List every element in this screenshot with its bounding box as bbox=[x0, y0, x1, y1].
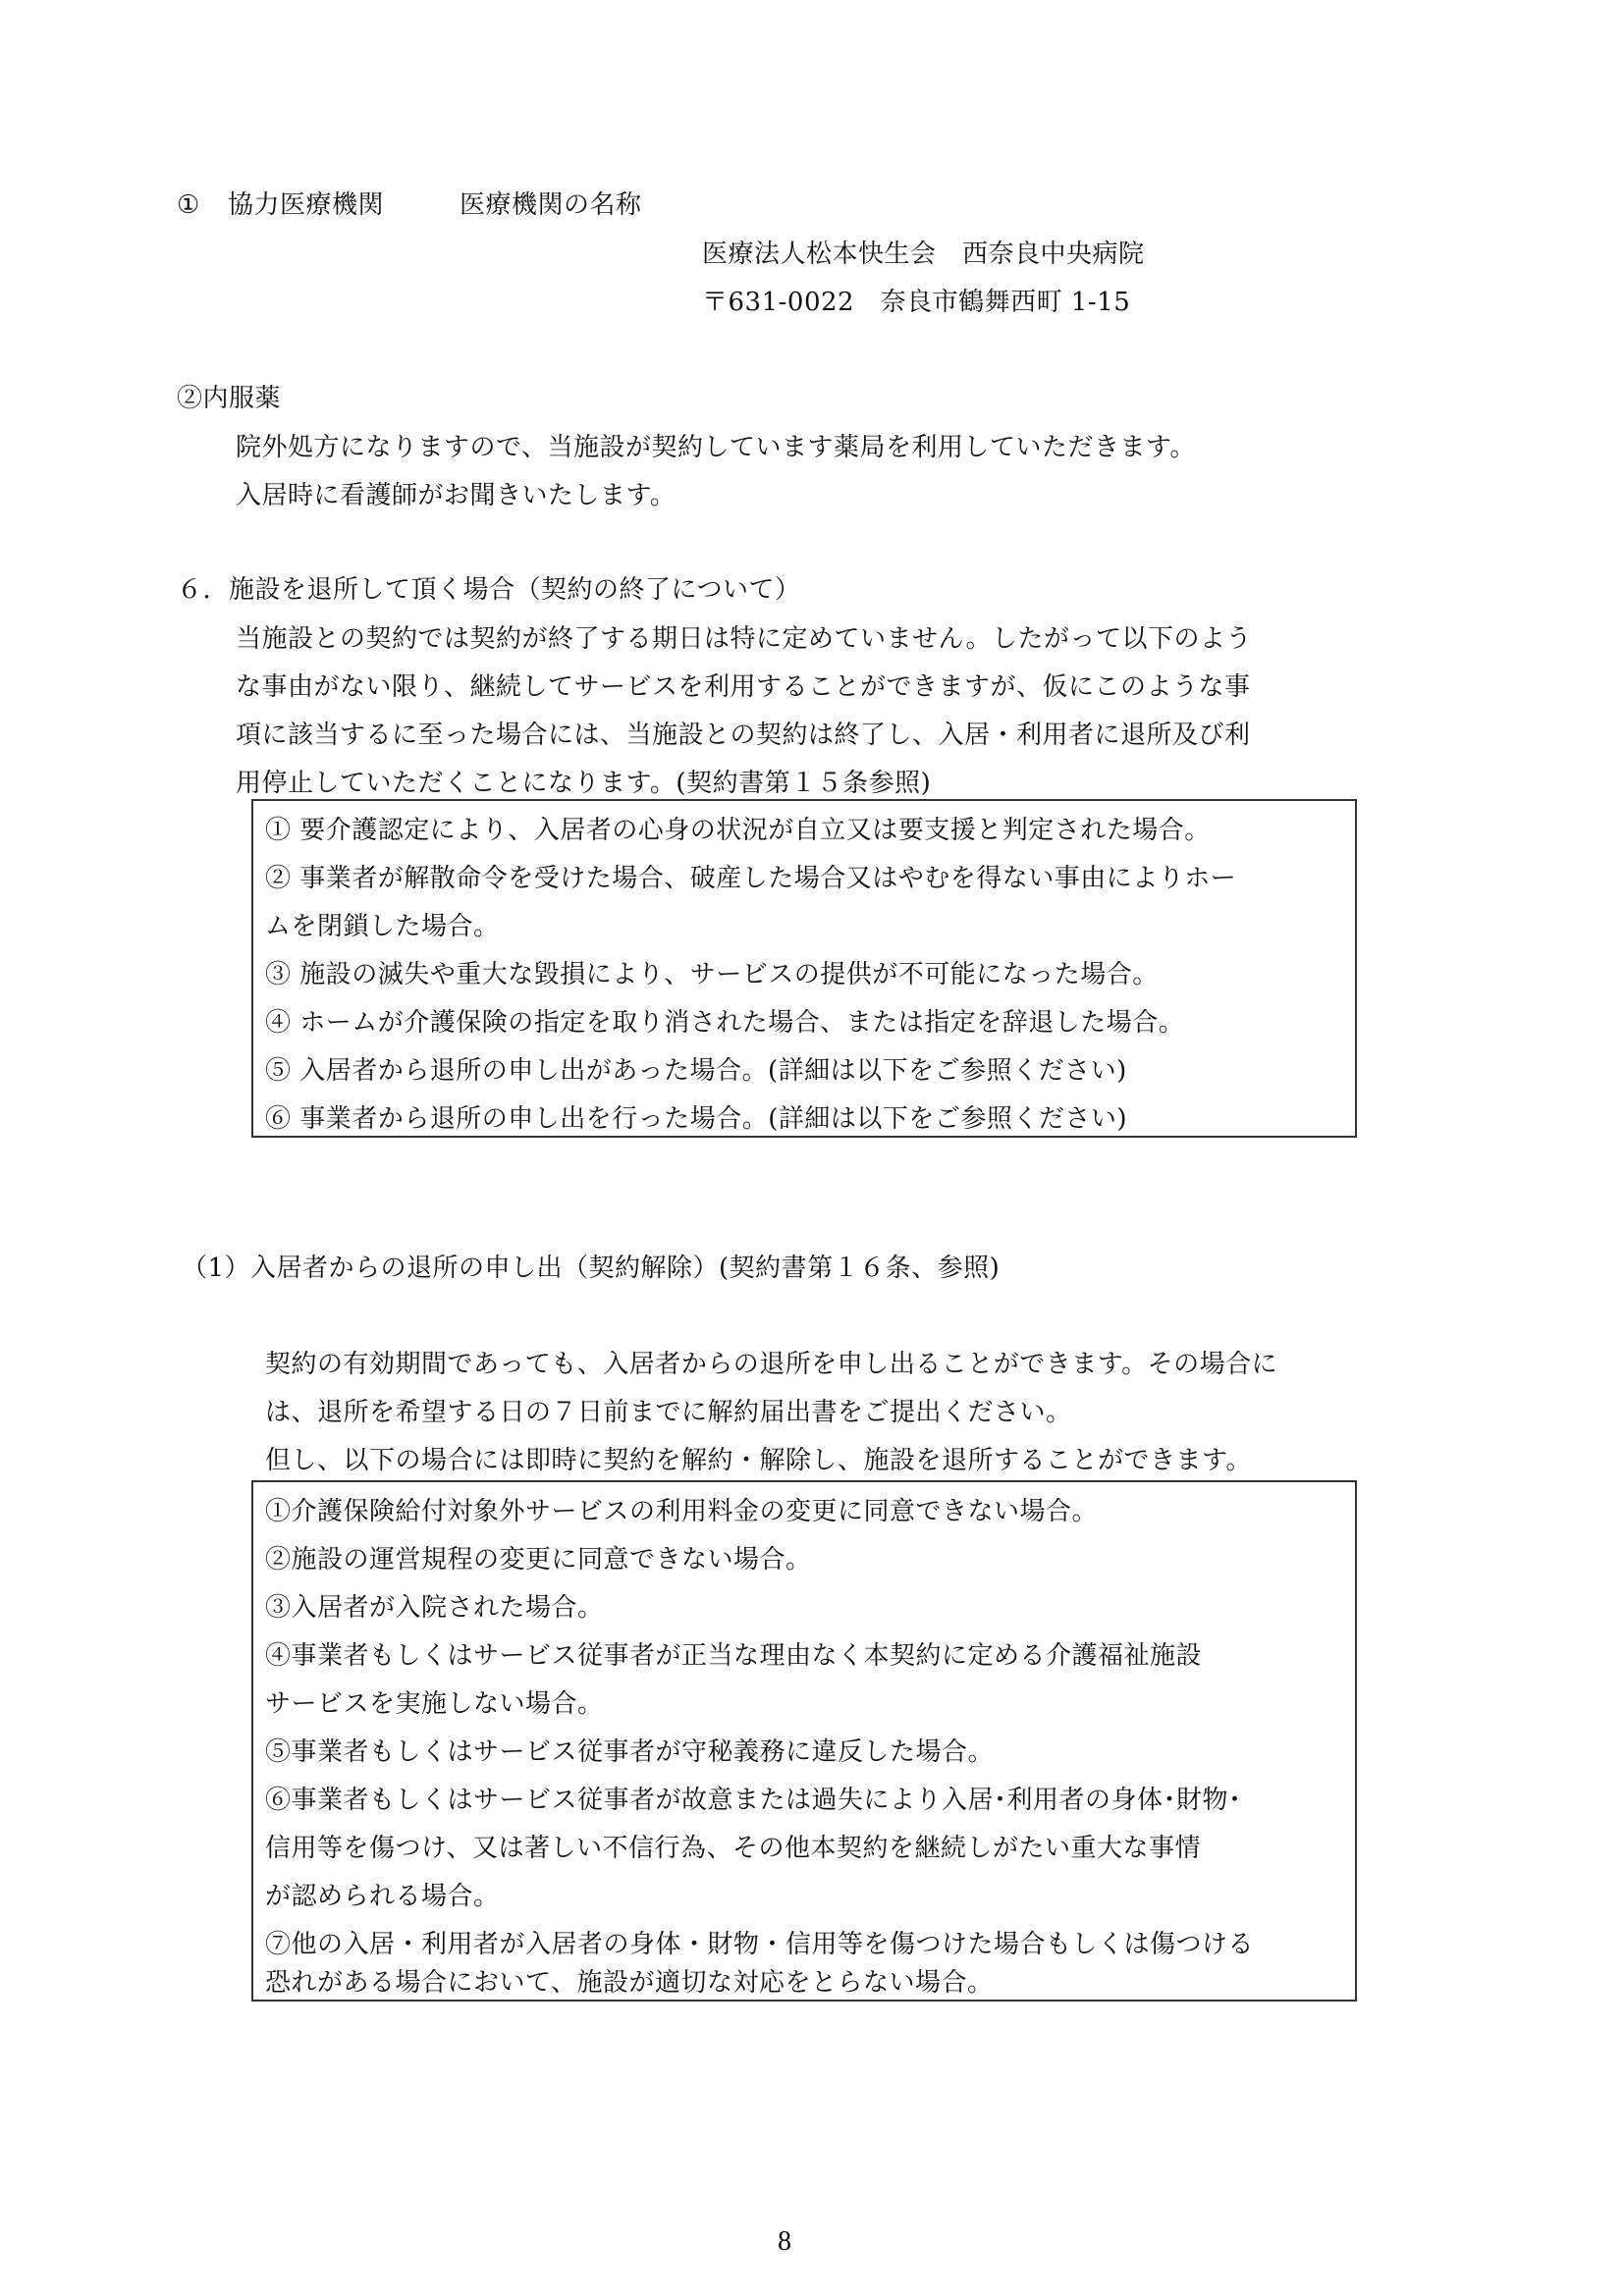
termination-item: ① 要介護認定により、入居者の心身の状況が自立又は要支援と判定された場合。 bbox=[265, 815, 1211, 846]
section6-paragraph-line: 当施設との契約では契約が終了する期日は特に定めていません。したがって以下のよう bbox=[236, 623, 1252, 655]
cancellation-item-cont: が認められる場合。 bbox=[265, 1881, 500, 1912]
section6-heading: ６．施設を退所して頂く場合（契約の終了について） bbox=[177, 574, 800, 606]
subsection1-paragraph-line: は、退所を希望する日の７日前までに解約届出書をご提出ください。 bbox=[265, 1397, 1072, 1428]
cancellation-item: ④事業者もしくはサービス従事者が正当な理由なく本契約に定める介護福祉施設 bbox=[265, 1640, 1202, 1672]
cancellation-item: ①介護保険給付対象外サービスの利用料金の変更に同意できない場合。 bbox=[265, 1496, 1098, 1527]
section6-paragraph-line: な事由がない限り、継続してサービスを利用することができますが、仮にこのような事 bbox=[236, 671, 1251, 703]
medicine-line-2: 入居時に看護師がお聞きいたします。 bbox=[236, 480, 676, 511]
cancellation-item: ⑦他の入居・利用者が入居者の身体・財物・信用等を傷つけた場合もしくは傷つける bbox=[265, 1929, 1254, 1960]
cancellation-item-cont: サービスを実施しない場合。 bbox=[265, 1688, 604, 1720]
hospital-name: 医療法人松本快生会 西奈良中央病院 bbox=[702, 239, 1145, 270]
subsection1-heading: （1）入居者からの退所の申し出（契約解除）(契約書第１６条、参照) bbox=[182, 1253, 1000, 1284]
subsection1-paragraph-line: 契約の有効期間であっても、入居者からの退所を申し出ることができます。その場合に bbox=[265, 1349, 1277, 1380]
termination-item: ⑥ 事業者から退所の申し出を行った場合。(詳細は以下をご参照ください) bbox=[265, 1103, 1127, 1135]
cancellation-item-cont: 恐れがある場合において、施設が適切な対応をとらない場合。 bbox=[265, 1967, 993, 1999]
cancellation-item: ②施設の運営規程の変更に同意できない場合。 bbox=[265, 1544, 812, 1575]
termination-item-cont: ムを閉鎖した場合。 bbox=[265, 911, 500, 942]
medicine-line-1: 院外処方になりますので、当施設が契約しています薬局を利用していただきます。 bbox=[236, 432, 1196, 463]
cancellation-item-cont: 信用等を傷つけ、又は著しい不信行為、その他本契約を継続しがたい重大な事情 bbox=[265, 1833, 1201, 1864]
hospital-name-label: 医療機関の名称 bbox=[460, 189, 642, 221]
termination-item: ② 事業者が解散命令を受けた場合、破産した場合又はやむを得ない事由によりホー bbox=[265, 863, 1236, 894]
cancellation-item: ⑤事業者もしくはサービス従事者が守秘義務に違反した場合。 bbox=[265, 1736, 994, 1768]
subsection1-paragraph-line: 但し、以下の場合には即時に契約を解約・解除し、施設を退所することができます。 bbox=[265, 1445, 1252, 1476]
termination-item: ⑤ 入居者から退所の申し出があった場合。(詳細は以下をご参照ください) bbox=[265, 1055, 1127, 1087]
hospital-heading-number: ① bbox=[177, 189, 200, 221]
termination-item: ④ ホームが介護保険の指定を取り消された場合、または指定を辞退した場合。 bbox=[265, 1007, 1184, 1039]
cancellation-item: ⑥事業者もしくはサービス従事者が故意または過失により入居･利用者の身体･財物･ bbox=[265, 1785, 1242, 1816]
hospital-address: 〒631-0022 奈良市鶴舞西町 1-15 bbox=[702, 287, 1130, 318]
cancellation-item: ③入居者が入院された場合。 bbox=[265, 1592, 604, 1624]
hospital-heading: 協力医療機関 bbox=[228, 189, 384, 221]
section6-paragraph-line: 項に該当するに至った場合には、当施設との契約は終了し、入居・利用者に退所及び利 bbox=[236, 720, 1251, 751]
page-number: 8 bbox=[778, 2226, 791, 2258]
termination-item: ③ 施設の滅失や重大な毀損により、サービスの提供が不可能になった場合。 bbox=[265, 959, 1159, 990]
medicine-heading: ②内服薬 bbox=[177, 383, 281, 414]
section6-paragraph-line: 用停止していただくことになります。(契約書第１５条参照) bbox=[236, 768, 931, 799]
